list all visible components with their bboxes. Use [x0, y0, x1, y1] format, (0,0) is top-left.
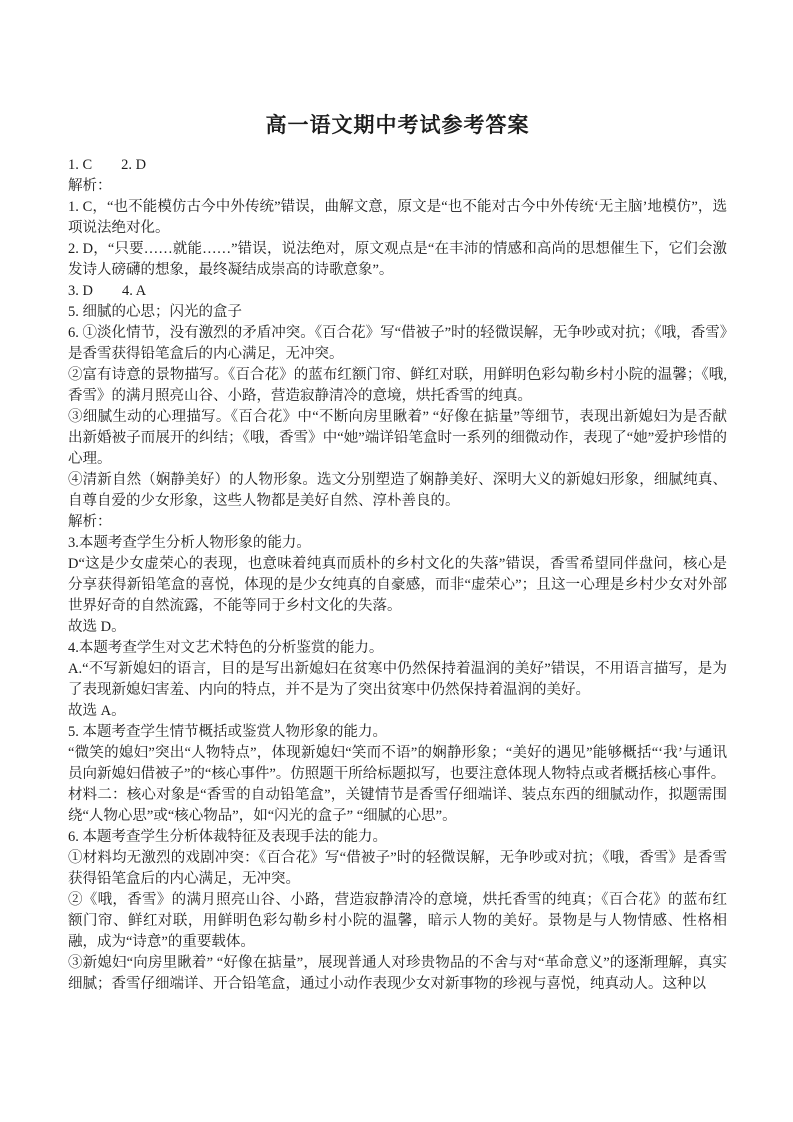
- explain-q2: 2. D，“只要……就能……”错误，说法绝对，原文观点是“在丰沛的情感和高尚的思…: [68, 239, 727, 281]
- page-title: 高一语文期中考试参考答案: [68, 112, 727, 138]
- jiexi-label-2: 解析：: [68, 512, 727, 533]
- explain-q4-choice: 故选 A。: [68, 701, 727, 722]
- explain-q4-ability: 4.本题考查学生对文艺术特色的分析鉴赏的能力。: [68, 638, 727, 659]
- explain-q6-item2: ②《哦，香雪》的满月照亮山谷、小路，营造寂静清冷的意境，烘托香雪的纯真；《百合花…: [68, 890, 727, 953]
- jiexi-label-1: 解析：: [68, 176, 727, 197]
- explain-q6-item1: ①材料均无激烈的戏剧冲突：《百合花》写“借被子”时的轻微误解，无争吵或对抗；《哦…: [68, 848, 727, 890]
- explain-q5-material2: 材料二：核心对象是“香雪的自动铅笔盒”，关键情节是香雪仔细端详、装点东西的细腻动…: [68, 785, 727, 827]
- explain-q5-ability: 5. 本题考查学生情节概括或鉴赏人物形象的能力。: [68, 722, 727, 743]
- answer-q5: 5. 细腻的心思；闪光的盒子: [68, 302, 727, 323]
- explain-q3-detail: D“这是少女虚荣心的表现，也意味着纯真而质朴的乡村文化的失落”错误，香雪希望同伴…: [68, 554, 727, 617]
- explain-q3-ability: 3.本题考查学生分析人物形象的能力。: [68, 533, 727, 554]
- answers-q3-q4: 3. D 4. A: [68, 281, 727, 302]
- explain-q6-item3: ③新媳妇“向房里瞅着” “好像在掂量”，展现普通人对珍贵物品的不舍与对“革命意义…: [68, 953, 727, 995]
- answer-q6-item2: ②富有诗意的景物描写。《百合花》的蓝布红额门帘、鲜红对联，用鲜明色彩勾勒乡村小院…: [68, 365, 727, 407]
- explain-q5-material1: “微笑的媳妇”突出“人物特点”，体现新媳妇“笑而不语”的娴静形象；“美好的遇见”…: [68, 743, 727, 785]
- explain-q6-ability: 6. 本题考查学生分析体裁特征及表现手法的能力。: [68, 827, 727, 848]
- answers-q1-q2: 1. C 2. D: [68, 155, 727, 176]
- explain-q1: 1. C，“也不能模仿古今中外传统”错误，曲解文意，原文是“也不能对古今中外传统…: [68, 197, 727, 239]
- answer-q6-item4: ④清新自然（娴静美好）的人物形象。选文分别塑造了娴静美好、深明大义的新媳妇形象，…: [68, 470, 727, 512]
- answer-q6-item1: 6. ①淡化情节，没有激烈的矛盾冲突。《百合花》写“借被子”时的轻微误解，无争吵…: [68, 323, 727, 365]
- document-body: 1. C 2. D 解析： 1. C，“也不能模仿古今中外传统”错误，曲解文意，…: [68, 155, 727, 995]
- explain-q3-choice: 故选 D。: [68, 617, 727, 638]
- explain-q4-detail: A.“不写新媳妇的语言，目的是写出新媳妇在贫寒中仍然保持着温润的美好”错误，不用…: [68, 659, 727, 701]
- answer-sheet-page: 高一语文期中考试参考答案 1. C 2. D 解析： 1. C，“也不能模仿古今…: [0, 0, 793, 1122]
- answer-q6-item3: ③细腻生动的心理描写。《百合花》中“不断向房里瞅着” “好像在掂量”等细节，表现…: [68, 407, 727, 470]
